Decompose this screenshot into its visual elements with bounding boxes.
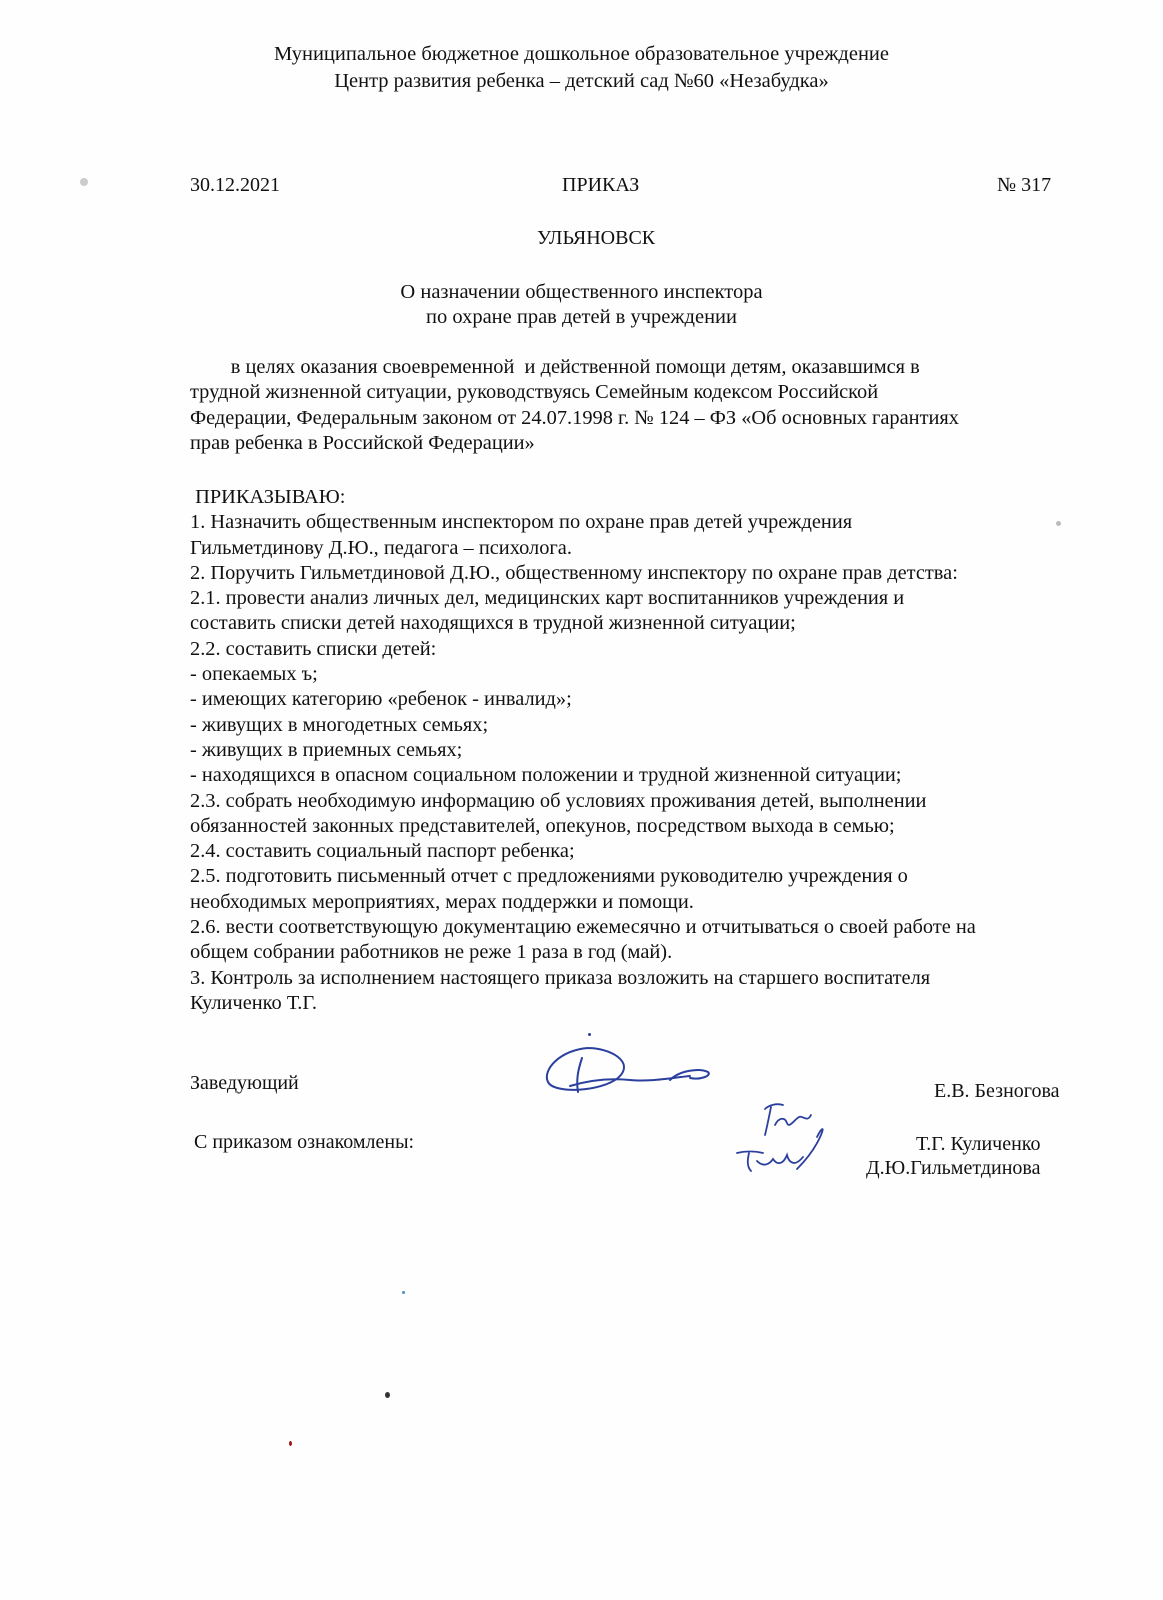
head-title: Заведующий (190, 1071, 299, 1095)
preamble-line: трудной жизненной ситуации, руководствуя… (190, 380, 1070, 405)
order-line: - опекаемых ъ; (190, 662, 1070, 687)
scan-speck (402, 1291, 405, 1294)
order-line: обязанностей законных представителей, оп… (190, 814, 1070, 839)
institution-name-line-1: Муниципальное бюджетное дошкольное образ… (0, 42, 1163, 66)
scan-speck (1056, 521, 1061, 526)
order-line: 2.3. собрать необходимую информацию об у… (190, 789, 1070, 814)
preamble: в целях оказания своевременной и действе… (190, 355, 1070, 456)
acknowledged-name-2: Д.Ю.Гильметдинова (866, 1156, 1040, 1180)
order-line: составить списки детей находящихся в тру… (190, 611, 1070, 636)
acknowledged-label: С приказом ознакомлены: (194, 1130, 414, 1154)
preamble-line: прав ребенка в Российской Федерации» (190, 431, 1070, 456)
order-line: 2.4. составить социальный паспорт ребенк… (190, 839, 1070, 864)
head-name: Е.В. Безногова (934, 1079, 1060, 1103)
order-number: № 317 (997, 173, 1051, 197)
order-line: 2.6. вести соответствующую документацию … (190, 915, 1070, 940)
order-line: 2.1. провести анализ личных дел, медицин… (190, 586, 1070, 611)
order-line: - имеющих категорию «ребенок - инвалид»; (190, 687, 1070, 712)
order-line: - живущих в многодетных семьях; (190, 713, 1070, 738)
scanned-document-page: Муниципальное бюджетное дошкольное образ… (0, 0, 1163, 1600)
order-title-line-1: О назначении общественного инспектора (0, 280, 1163, 304)
order-line: - живущих в приемных семьях; (190, 738, 1070, 763)
order-heading: ПРИКАЗЫВАЮ: (190, 485, 1070, 510)
acknowledged-signatures-icon (725, 1095, 835, 1180)
preamble-line: в целях оказания своевременной и действе… (190, 355, 1070, 380)
order-line: 3. Контроль за исполнением настоящего пр… (190, 966, 1070, 991)
city: УЛЬЯНОВСК (537, 226, 655, 250)
scan-speck (385, 1392, 390, 1398)
order-line: - находящихся в опасном социальном полож… (190, 763, 1070, 788)
institution-name-line-2: Центр развития ребенка – детский сад №60… (0, 69, 1163, 93)
scan-speck (588, 1033, 591, 1036)
document-type: ПРИКАЗ (562, 173, 639, 197)
order-line: общем собрании работников не реже 1 раза… (190, 940, 1070, 965)
order-line: 2.2. составить списки детей: (190, 637, 1070, 662)
order-line: необходимых мероприятиях, мерах поддержк… (190, 890, 1070, 915)
order-body: ПРИКАЗЫВАЮ: 1. Назначить общественным ин… (190, 485, 1070, 1016)
order-line: Гильметдинову Д.Ю., педагога – психолога… (190, 536, 1070, 561)
order-title-line-2: по охране прав детей в учреждении (0, 305, 1163, 329)
preamble-line: Федерации, Федеральным законом от 24.07.… (190, 406, 1070, 431)
scan-speck (289, 1441, 292, 1446)
scan-speck (80, 178, 88, 186)
order-line: 2. Поручить Гильметдиновой Д.Ю., обществ… (190, 561, 1070, 586)
order-line: Куличенко Т.Г. (190, 991, 1070, 1016)
order-line: 1. Назначить общественным инспектором по… (190, 510, 1070, 535)
head-signature-icon (540, 1040, 720, 1110)
acknowledged-name-1: Т.Г. Куличенко (916, 1132, 1041, 1156)
order-date: 30.12.2021 (190, 173, 280, 197)
order-line: 2.5. подготовить письменный отчет с пред… (190, 864, 1070, 889)
